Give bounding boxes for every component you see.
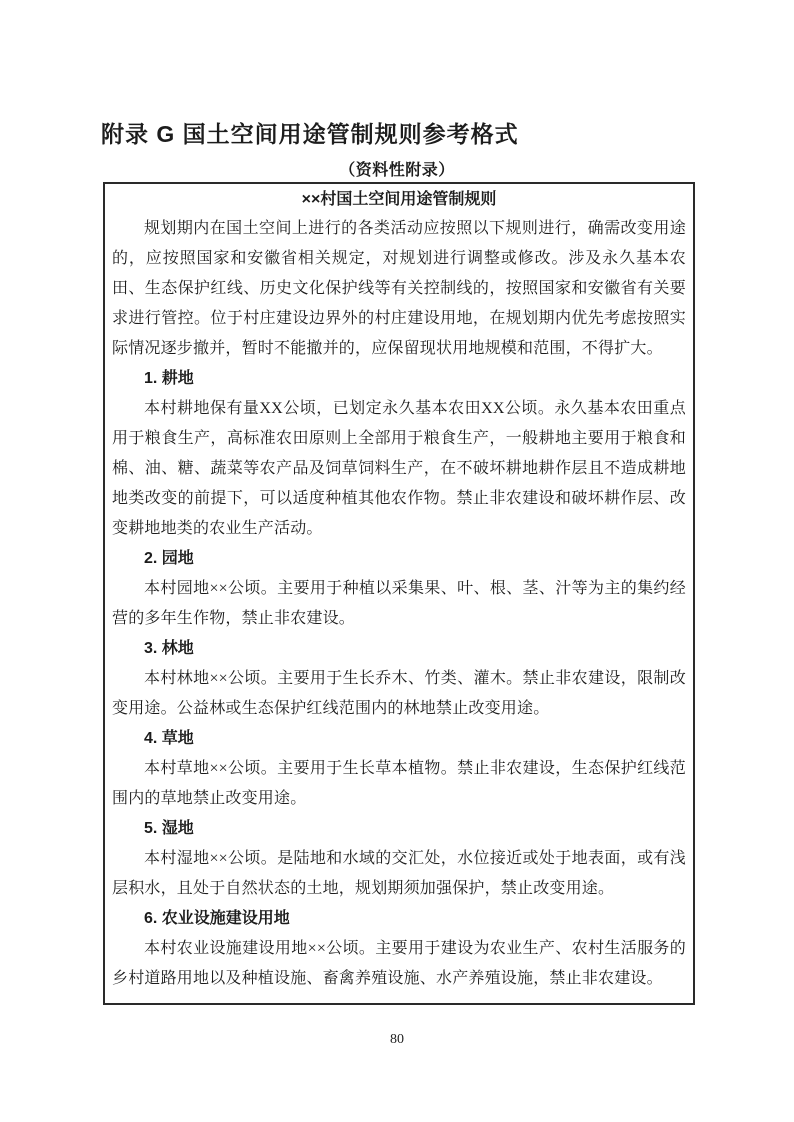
document-page: 附录 G 国土空间用途管制规则参考格式 （资料性附录） ××村国土空间用途管制规… <box>0 0 794 1122</box>
informative-appendix-label: （资料性附录） <box>0 157 794 180</box>
section-body: 本村湿地××公顷。是陆地和水域的交汇处，水位接近或处于地表面，或有浅层积水，且处… <box>112 844 686 904</box>
section-body: 本村林地××公顷。主要用于生长乔木、竹类、灌木。禁止非农建设，限制改变用途。公益… <box>112 664 686 724</box>
section-forest-land: 3. 林地 本村林地××公顷。主要用于生长乔木、竹类、灌木。禁止非农建设，限制改… <box>112 634 686 724</box>
section-heading: 5. 湿地 <box>112 814 686 844</box>
section-heading: 6. 农业设施建设用地 <box>112 904 686 934</box>
section-body: 本村草地××公顷。主要用于生长草本植物。禁止非农建设，生态保护红线范围内的草地禁… <box>112 754 686 814</box>
rules-table-header: ××村国土空间用途管制规则 <box>112 185 686 214</box>
page-number: 80 <box>0 1032 794 1048</box>
section-garden-land: 2. 园地 本村园地××公顷。主要用于种植以采集果、叶、根、茎、汁等为主的集约经… <box>112 544 686 634</box>
intro-paragraph: 规划期内在国土空间上进行的各类活动应按照以下规则进行，确需改变用途的，应按照国家… <box>112 214 686 364</box>
section-body: 本村农业设施建设用地××公顷。主要用于建设为农业生产、农村生活服务的乡村道路用地… <box>112 934 686 994</box>
section-heading: 3. 林地 <box>112 634 686 664</box>
section-heading: 4. 草地 <box>112 724 686 754</box>
section-heading: 2. 园地 <box>112 544 686 574</box>
section-wetland: 5. 湿地 本村湿地××公顷。是陆地和水域的交汇处，水位接近或处于地表面，或有浅… <box>112 814 686 904</box>
section-grassland: 4. 草地 本村草地××公顷。主要用于生长草本植物。禁止非农建设，生态保护红线范… <box>112 724 686 814</box>
section-agricultural-facility-land: 6. 农业设施建设用地 本村农业设施建设用地××公顷。主要用于建设为农业生产、农… <box>112 904 686 994</box>
section-body: 本村耕地保有量XX公顷，已划定永久基本农田XX公顷。永久基本农田重点用于粮食生产… <box>112 394 686 544</box>
section-body: 本村园地××公顷。主要用于种植以采集果、叶、根、茎、汁等为主的集约经营的多年生作… <box>112 574 686 634</box>
appendix-title: 附录 G 国土空间用途管制规则参考格式 <box>101 116 519 149</box>
section-heading: 1. 耕地 <box>112 364 686 394</box>
rules-table: ××村国土空间用途管制规则 规划期内在国土空间上进行的各类活动应按照以下规则进行… <box>103 182 695 1005</box>
section-cultivated-land: 1. 耕地 本村耕地保有量XX公顷，已划定永久基本农田XX公顷。永久基本农田重点… <box>112 364 686 544</box>
